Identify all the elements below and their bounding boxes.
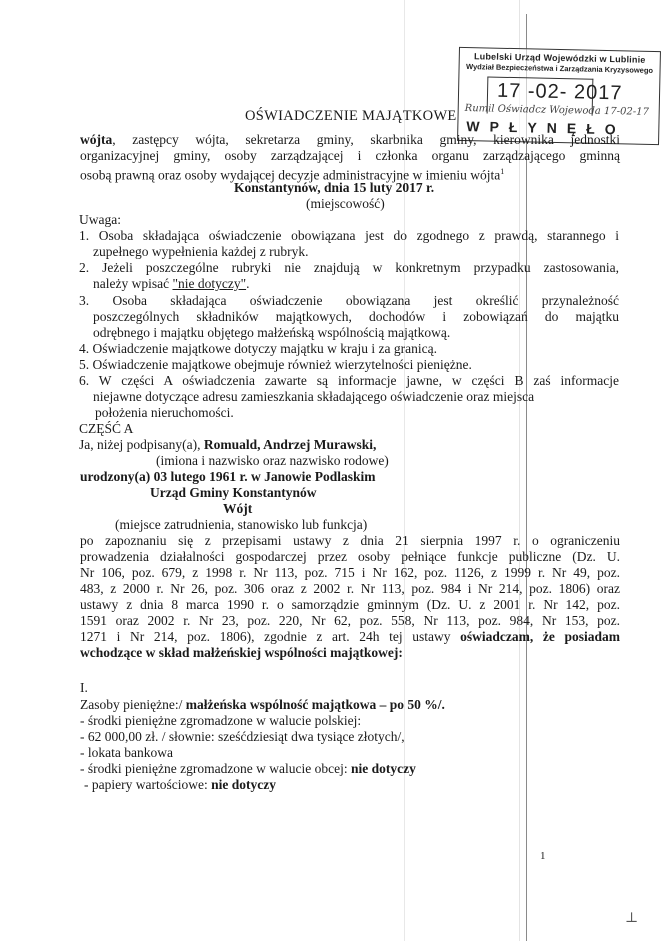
note-5: 5. Oświadczenie majątkowe obejmuje równi… bbox=[79, 357, 472, 373]
legal-line: po zapoznaniu się z przepisami ustawy z … bbox=[80, 533, 620, 549]
legal-line-last: 1271 i Nr 214, poz. 1806), zgodnie z art… bbox=[80, 629, 620, 645]
cash-item: - lokata bankowa bbox=[80, 745, 173, 761]
not-applicable-underlined: "nie dotyczy" bbox=[172, 276, 246, 291]
cash-item: - środki pieniężne zgromadzone w walucie… bbox=[80, 761, 416, 777]
cash-ownership: małżeńska wspólność majątkowa – po 50 %/… bbox=[186, 697, 445, 712]
cash-item-value: nie dotyczy bbox=[351, 761, 416, 776]
legal-line: 1591 oraz 2002 r. Nr 23, poz. 220, Nr 62… bbox=[80, 613, 620, 629]
received-stamp: Lubelski Urząd Wojewódzki w Lublinie Wyd… bbox=[457, 47, 661, 145]
note-3-line-3: odrębnego i majątku objętego małżeńską w… bbox=[93, 325, 450, 341]
note-1-line-1: 1. Osoba składająca oświadczenie obowiąz… bbox=[79, 228, 619, 244]
note-4: 4. Oświadczenie majątkowe dotyczy majątk… bbox=[79, 341, 437, 357]
note-3-line-1: 3. Osoba składająca oświadczenie obowiąz… bbox=[79, 293, 619, 309]
cash-item-label: - papiery wartościowe: bbox=[84, 777, 211, 792]
employer: Urząd Gminy Konstantynów bbox=[150, 485, 317, 501]
intro-line-1: wójta, zastępcy wójta, sekretarza gminy,… bbox=[80, 132, 620, 148]
note-6-line-1: 6. W części A oświadczenia zawarte są in… bbox=[79, 373, 619, 389]
place-date: Konstantynów, dnia 15 luty 2017 r. bbox=[234, 180, 434, 196]
signer-label: (imiona i nazwisko oraz nazwisko rodowe) bbox=[156, 453, 389, 469]
footnote-ref: 1 bbox=[500, 167, 504, 176]
note-text: należy wpisać bbox=[93, 276, 172, 291]
declaration-bold: oświadczam, że posiadam bbox=[460, 629, 620, 644]
birth-info: urodzony(a) 03 lutego 1961 r. w Janowie … bbox=[80, 469, 376, 485]
note-6-line-2: niejawne dotyczące adresu zamieszkania s… bbox=[93, 389, 534, 405]
cash-item: - środki pieniężne zgromadzone w walucie… bbox=[80, 713, 361, 729]
part-a-heading: CZĘŚĆ A bbox=[79, 421, 133, 437]
cash-item-value: nie dotyczy bbox=[211, 777, 276, 792]
initial-mark-icon: ⊥ bbox=[625, 910, 638, 927]
legal-text: 1271 i Nr 214, poz. 1806), zgodnie z art… bbox=[80, 629, 460, 644]
legal-line: Nr 106, poz. 679, z 1998 r. Nr 113, poz.… bbox=[80, 565, 620, 581]
cash-item-label: - środki pieniężne zgromadzone w walucie… bbox=[80, 761, 351, 776]
cash-heading: Zasoby pieniężne:/ małżeńska wspólność m… bbox=[80, 697, 445, 713]
note-2-line-1: 2. Jeżeli poszczególne rubryki nie znajd… bbox=[79, 260, 619, 276]
intro-line-2: organizacyjnej gminy, osoby zarządzające… bbox=[80, 148, 620, 164]
note-1-line-2: zupełnego wypełnienia każdej z rubryk. bbox=[93, 244, 309, 260]
declaration-bold-line: wchodzące w skład małżeńskiej wspólności… bbox=[80, 645, 403, 661]
note-text: . bbox=[246, 276, 249, 291]
cash-item: - papiery wartościowe: nie dotyczy bbox=[84, 777, 276, 793]
place-label: (miejscowość) bbox=[306, 196, 385, 212]
note-2-line-2: należy wpisać "nie dotyczy". bbox=[93, 276, 249, 292]
signer-line: Ja, niżej podpisany(a), Romuald, Andrzej… bbox=[79, 437, 376, 453]
cash-label: Zasoby pieniężne:/ bbox=[80, 697, 186, 712]
section-number: I. bbox=[80, 680, 88, 696]
signer-prefix: Ja, niżej podpisany(a), bbox=[79, 437, 204, 452]
note-6-line-3: położenia nieruchomości. bbox=[95, 405, 234, 421]
note-3-line-2: poszczególnych składników majątkowych, d… bbox=[93, 309, 619, 325]
stamp-date: 17 -02- 2017 bbox=[497, 80, 623, 106]
legal-line: ustawy z dnia 8 marca 1990 r. o samorząd… bbox=[80, 597, 620, 613]
employment-label: (miejsce zatrudnienia, stanowisko lub fu… bbox=[115, 517, 367, 533]
intro-bold: wójta bbox=[80, 132, 112, 147]
notes-heading: Uwaga: bbox=[79, 212, 121, 228]
legal-line: 483, z 2000 r. Nr 26, poz. 306 oraz z 20… bbox=[80, 581, 620, 597]
position: Wójt bbox=[223, 501, 252, 517]
cash-item: - 62 000,00 zł. / słownie: sześćdziesiąt… bbox=[80, 729, 405, 745]
intro-text: , zastępcy wójta, sekretarza gminy, skar… bbox=[112, 132, 620, 147]
document-title: OŚWIADCZENIE MAJĄTKOWE bbox=[245, 108, 457, 125]
signer-name: Romuald, Andrzej Murawski, bbox=[204, 437, 377, 452]
legal-line: prowadzenia działalności gospodarczej pr… bbox=[80, 549, 620, 565]
page-number: 1 bbox=[540, 850, 546, 862]
